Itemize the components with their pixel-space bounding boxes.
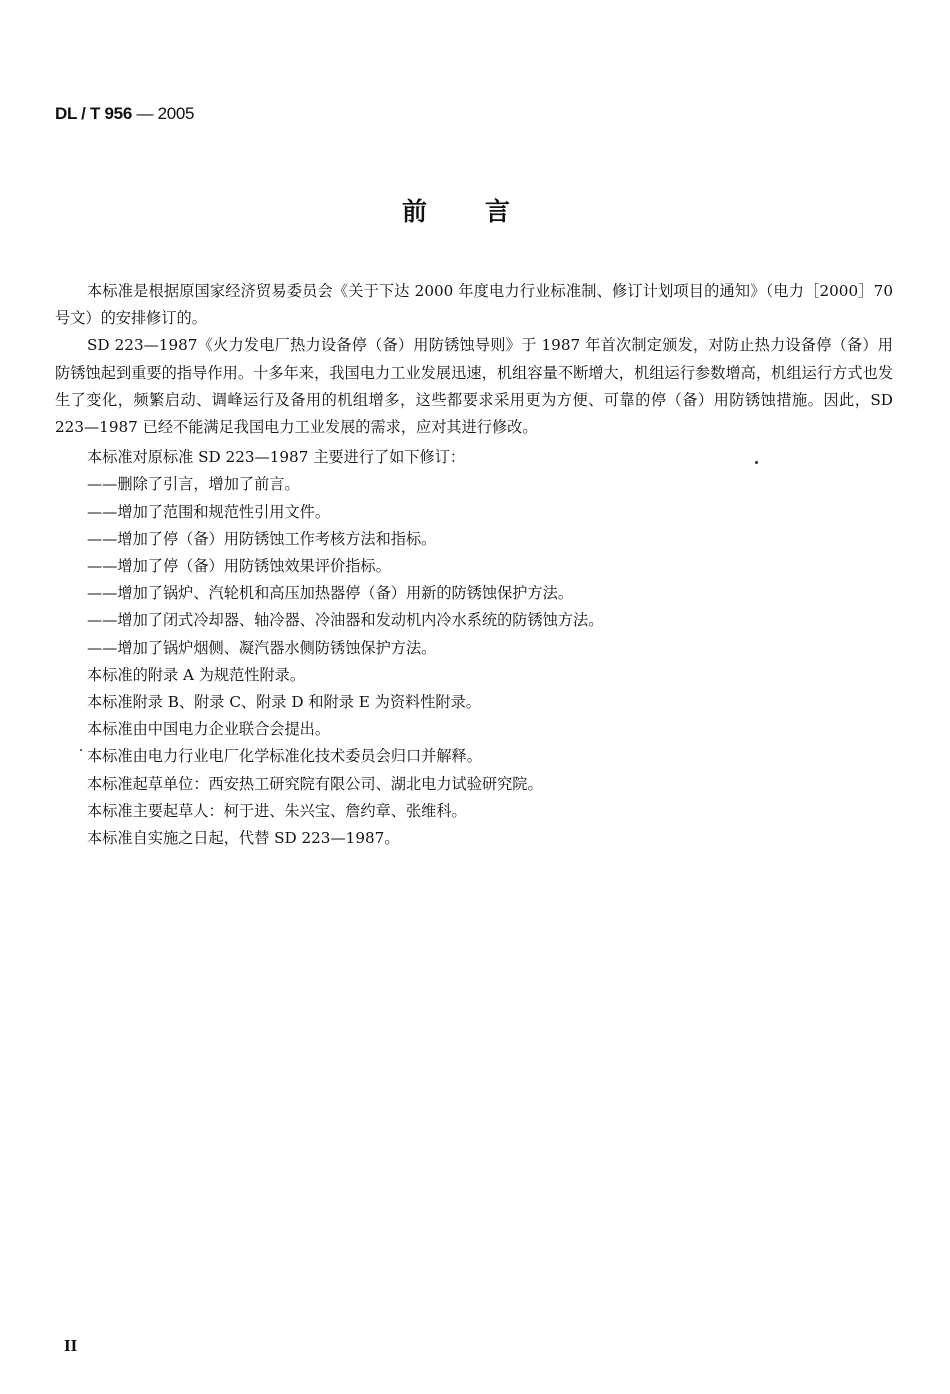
statement-normative-annex: 本标准的附录 A 为规范性附录。 [55,662,893,689]
revisions-intro: 本标准对原标准 SD 223—1987 主要进行了如下修订： [55,444,893,471]
revision-item: ——增加了停（备）用防锈蚀效果评价指标。 [55,553,893,580]
revision-item: ——增加了闭式冷却器、轴冷器、冷油器和发动机内冷水系统的防锈蚀方法。 [55,607,893,634]
code-separator: — [136,104,153,123]
paragraph-background: SD 223—1987《火力发电厂热力设备停（备）用防锈蚀导则》于 1987 年… [55,332,893,441]
standard-code-header: DL / T 956 — 2005 [55,104,194,124]
revision-item: ——增加了锅炉、汽轮机和高压加热器停（备）用新的防锈蚀保护方法。 [55,580,893,607]
foreword-body: 本标准是根据原国家经济贸易委员会《关于下达 2000 年度电力行业标准制、修订计… [55,278,893,852]
revision-item: ——增加了范围和规范性引用文件。 [55,499,893,526]
scan-speck [80,749,82,751]
revision-item: ——增加了锅炉烟侧、凝汽器水侧防锈蚀保护方法。 [55,635,893,662]
statement-drafters: 本标准主要起草人：柯于进、朱兴宝、詹约章、张维科。 [55,798,893,825]
statement-drafting-units: 本标准起草单位：西安热工研究院有限公司、湖北电力试验研究院。 [55,771,893,798]
statement-replacement: 本标准自实施之日起，代替 SD 223—1987。 [55,825,893,852]
revision-item: ——增加了停（备）用防锈蚀工作考核方法和指标。 [55,526,893,553]
statement-informative-annexes: 本标准附录 B、附录 C、附录 D 和附录 E 为资料性附录。 [55,689,893,716]
paragraph-origin: 本标准是根据原国家经济贸易委员会《关于下达 2000 年度电力行业标准制、修订计… [55,278,893,332]
statement-proposer: 本标准由中国电力企业联合会提出。 [55,716,893,743]
statement-administrator: 本标准由电力行业电厂化学标准化技术委员会归口并解释。 [55,743,893,770]
standard-year: 2005 [158,104,195,123]
scan-speck [755,461,758,464]
page-title: 前言 [0,192,950,228]
page-number: II [64,1336,77,1356]
revision-item: ——删除了引言，增加了前言。 [55,471,893,498]
standard-code: DL / T 956 [55,104,132,123]
